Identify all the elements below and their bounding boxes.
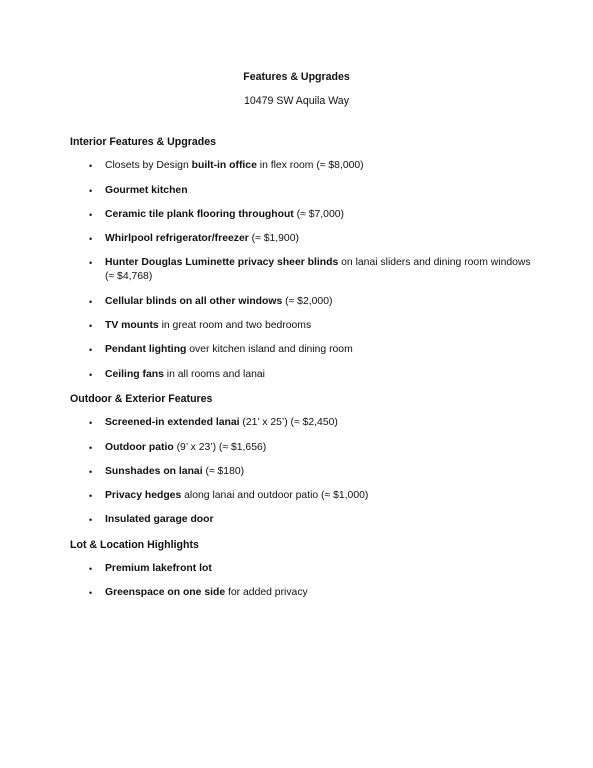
item-detail: (≈ $180) — [203, 466, 245, 477]
bullet-icon: • — [89, 256, 92, 270]
bullet-icon: • — [89, 159, 92, 173]
bullet-icon: • — [89, 465, 92, 479]
item-detail: along lanai and outdoor patio (≈ $1,000) — [181, 490, 368, 501]
item-feature: Outdoor patio — [105, 442, 174, 453]
item-feature: Hunter Douglas Luminette privacy sheer b… — [105, 257, 338, 268]
list-item: •Closets by Design built-in office in fl… — [70, 159, 540, 173]
list-item: •Greenspace on one side for added privac… — [70, 586, 540, 600]
section-heading: Outdoor & Exterior Features — [70, 392, 540, 416]
bullet-icon: • — [89, 562, 92, 576]
item-feature: Greenspace on one side — [105, 587, 225, 598]
item-feature: TV mounts — [105, 320, 159, 331]
bullet-icon: • — [89, 232, 92, 246]
bullet-icon: • — [89, 184, 92, 198]
list-item: •TV mounts in great room and two bedroom… — [70, 319, 540, 333]
item-feature: Premium lakefront lot — [105, 563, 212, 574]
section-interior: Interior Features & Upgrades •Closets by… — [70, 135, 540, 382]
bullet-icon: • — [89, 368, 92, 382]
bullet-icon: • — [89, 295, 92, 309]
feature-list: •Premium lakefront lot•Greenspace on one… — [70, 562, 540, 600]
item-feature: Privacy hedges — [105, 490, 181, 501]
bullet-icon: • — [89, 489, 92, 503]
list-item: •Insulated garage door — [70, 513, 540, 527]
item-feature: Insulated garage door — [105, 514, 214, 525]
bullet-icon: • — [89, 319, 92, 333]
item-detail: (≈ $7,000) — [294, 209, 344, 220]
item-detail: (≈ $1,900) — [249, 233, 299, 244]
item-feature: built-in office — [192, 160, 257, 171]
item-feature: Ceiling fans — [105, 369, 164, 380]
list-item: •Premium lakefront lot — [70, 562, 540, 576]
item-detail: (21’ x 25’) (≈ $2,450) — [240, 417, 338, 428]
list-item: •Cellular blinds on all other windows (≈… — [70, 295, 540, 309]
list-item: •Privacy hedges along lanai and outdoor … — [70, 489, 540, 503]
list-item: •Sunshades on lanai (≈ $180) — [70, 465, 540, 479]
bullet-icon: • — [89, 586, 92, 600]
list-item: •Outdoor patio (9’ x 23’) (≈ $1,656) — [70, 441, 540, 455]
bullet-icon: • — [89, 208, 92, 222]
section-heading: Interior Features & Upgrades — [70, 135, 540, 159]
section-outdoor: Outdoor & Exterior Features •Screened-in… — [70, 392, 540, 527]
item-feature: Cellular blinds on all other windows — [105, 296, 282, 307]
bullet-icon: • — [89, 343, 92, 357]
item-detail: in all rooms and lanai — [164, 369, 265, 380]
item-prefix: Closets by Design — [105, 160, 192, 171]
list-item: •Pendant lighting over kitchen island an… — [70, 343, 540, 357]
section-heading: Lot & Location Highlights — [70, 538, 540, 562]
item-detail: in flex room (≈ $8,000) — [257, 160, 364, 171]
item-feature: Gourmet kitchen — [105, 185, 188, 196]
item-feature: Pendant lighting — [105, 344, 186, 355]
item-detail: for added privacy — [225, 587, 308, 598]
bullet-icon: • — [89, 416, 92, 430]
bullet-icon: • — [89, 513, 92, 527]
feature-list: •Closets by Design built-in office in fl… — [70, 159, 540, 381]
item-feature: Ceramic tile plank flooring throughout — [105, 209, 294, 220]
list-item: •Whirlpool refrigerator/freezer (≈ $1,90… — [70, 232, 540, 246]
list-item: •Ceramic tile plank flooring throughout … — [70, 208, 540, 222]
list-item: •Screened-in extended lanai (21’ x 25’) … — [70, 416, 540, 430]
item-detail: over kitchen island and dining room — [186, 344, 352, 355]
item-detail: (9’ x 23’) (≈ $1,656) — [174, 442, 267, 453]
list-item: •Ceiling fans in all rooms and lanai — [70, 368, 540, 382]
property-address: 10479 SW Aquila Way — [0, 95, 593, 107]
list-item: •Hunter Douglas Luminette privacy sheer … — [70, 256, 540, 284]
item-detail: in great room and two bedrooms — [159, 320, 311, 331]
section-lot-location: Lot & Location Highlights •Premium lakef… — [70, 538, 540, 601]
item-detail: (≈ $2,000) — [282, 296, 332, 307]
list-item: •Gourmet kitchen — [70, 184, 540, 198]
item-feature: Screened-in extended lanai — [105, 417, 240, 428]
document-title: Features & Upgrades — [0, 71, 593, 83]
item-feature: Whirlpool refrigerator/freezer — [105, 233, 249, 244]
bullet-icon: • — [89, 441, 92, 455]
features-content: Interior Features & Upgrades •Closets by… — [70, 135, 540, 611]
item-feature: Sunshades on lanai — [105, 466, 203, 477]
feature-list: •Screened-in extended lanai (21’ x 25’) … — [70, 416, 540, 527]
